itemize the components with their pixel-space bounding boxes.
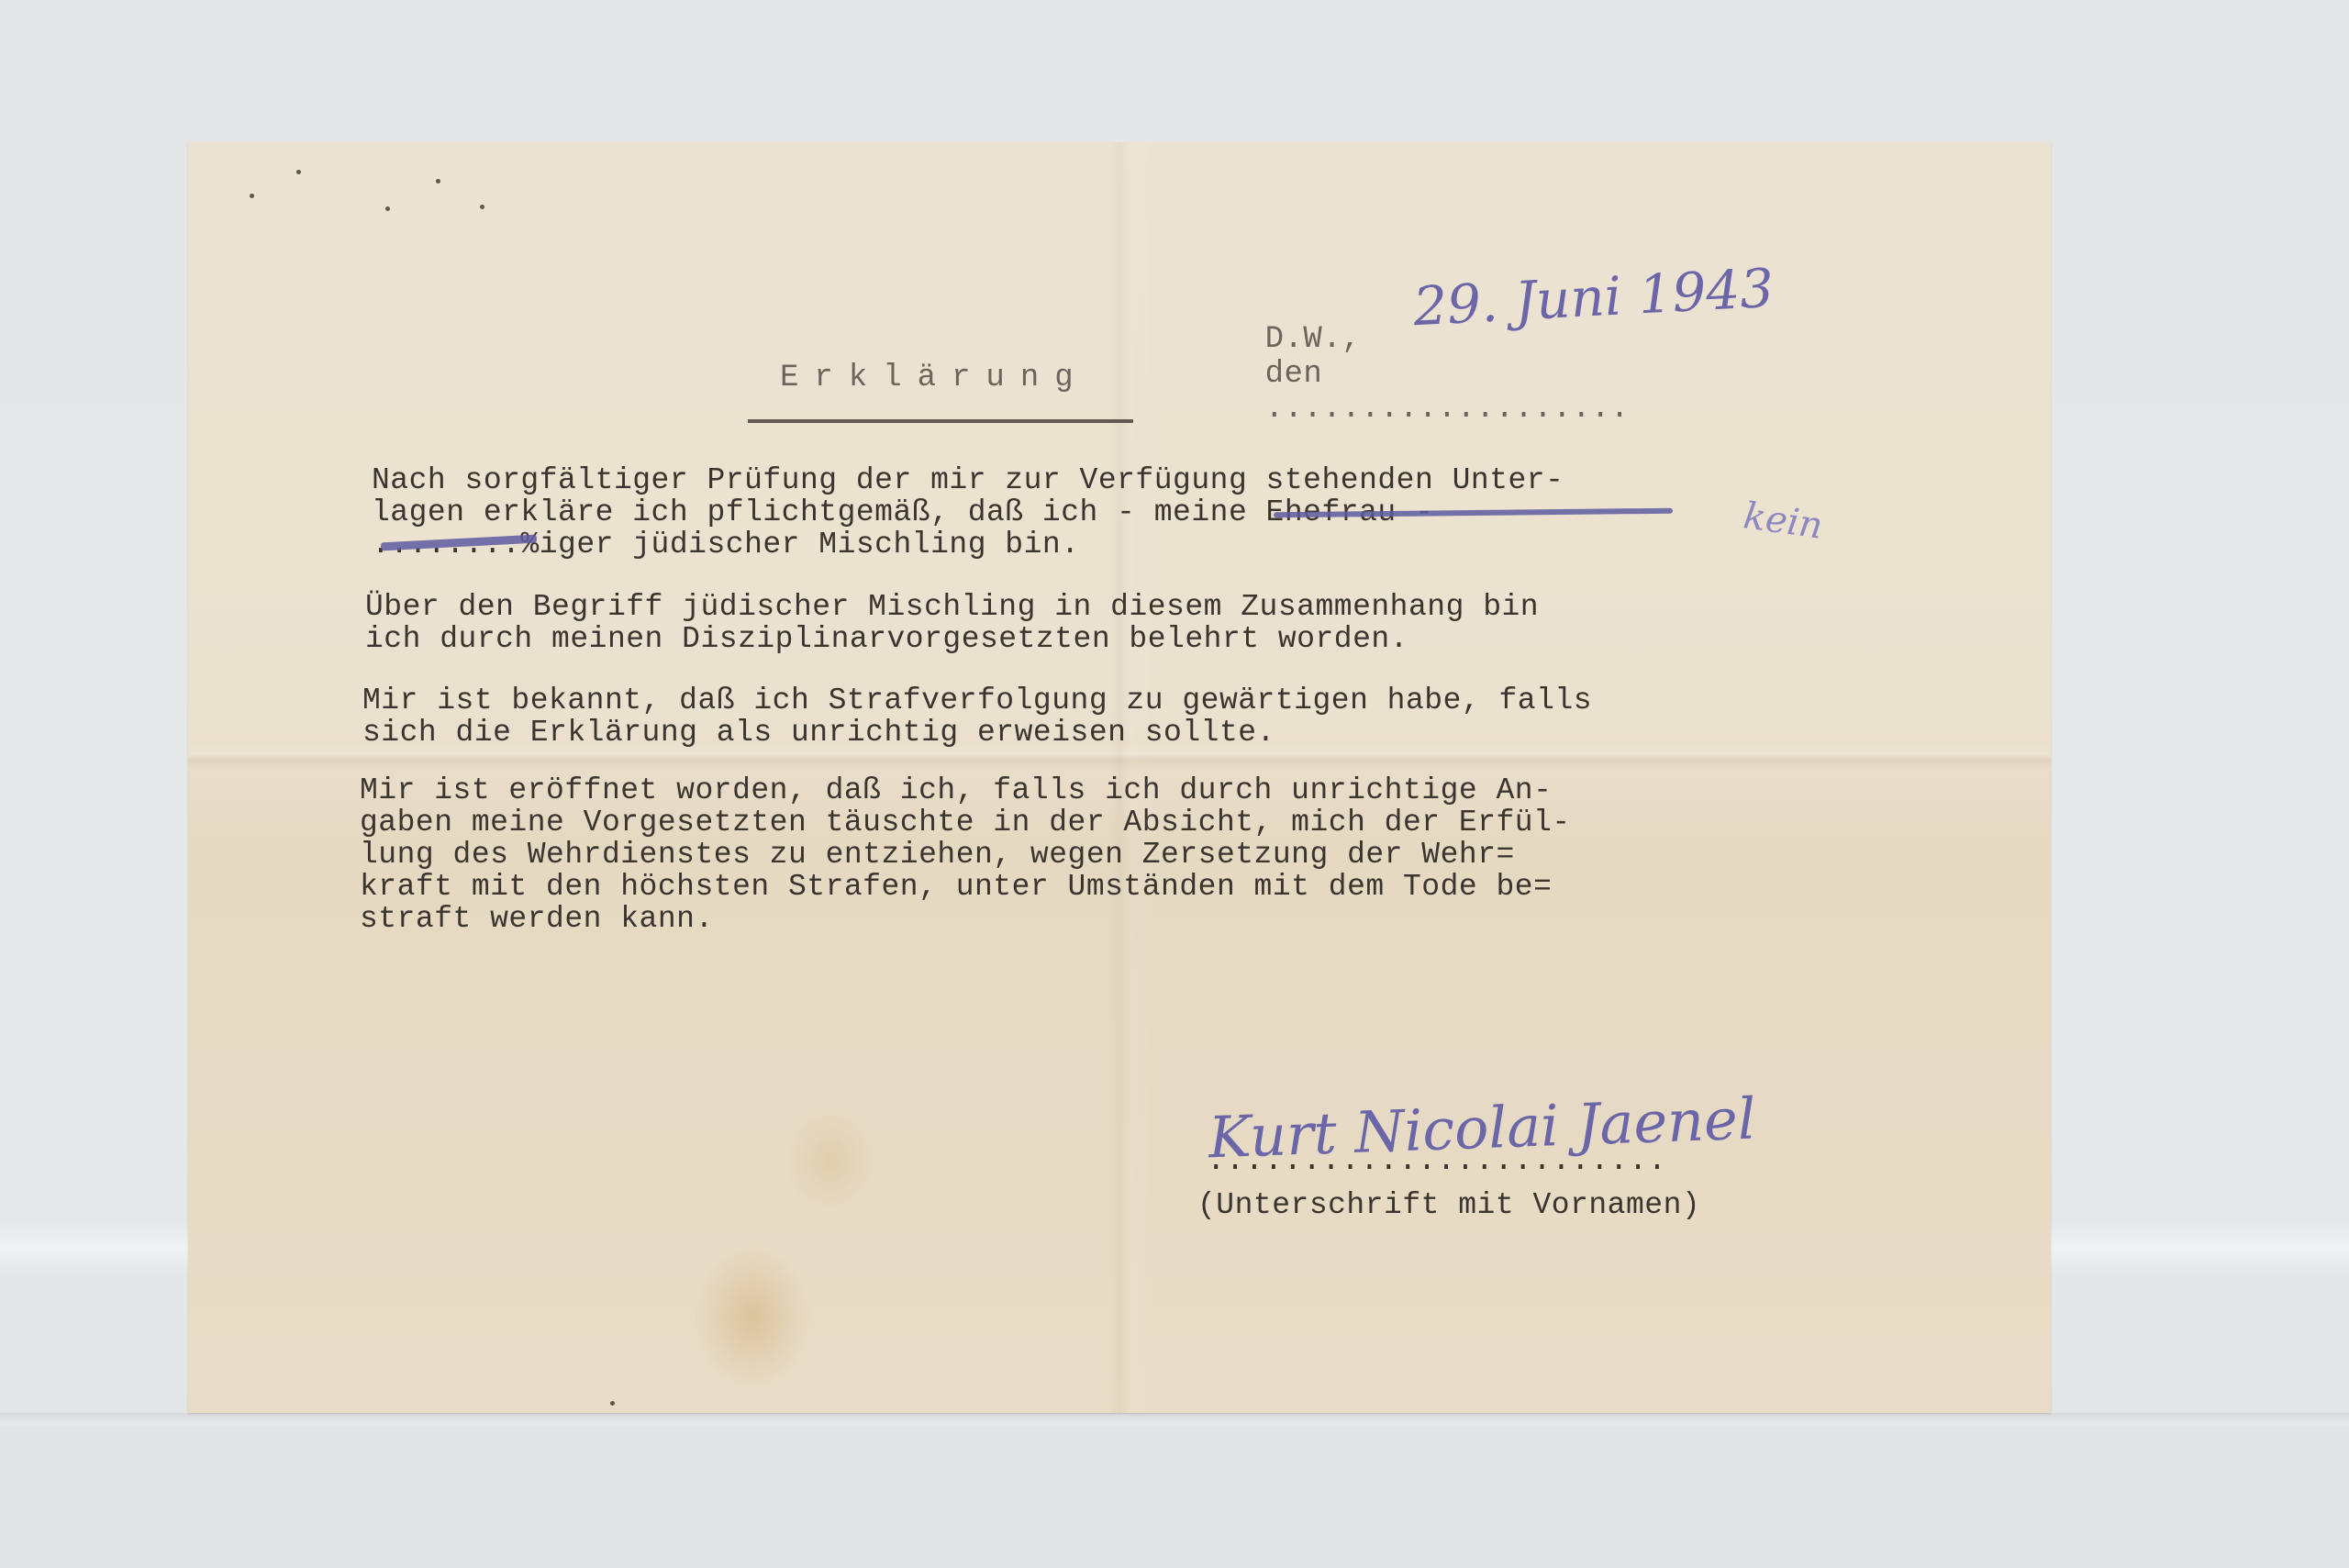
- handwritten-date: 29. Juni 1943: [1411, 257, 1775, 338]
- paper-speck: [296, 170, 301, 174]
- place-abbrev: D.W.,: [1265, 322, 1362, 357]
- paragraph-2-line-1: Über den Begriff jüdischer Mischling in …: [365, 590, 1539, 624]
- date-prefix: den: [1265, 357, 1323, 392]
- title-underline: [748, 419, 1133, 423]
- paragraph-3-line-2: sich die Erklärung als unrichtig erweise…: [362, 716, 1275, 750]
- table-edge: [0, 1413, 2349, 1426]
- paper-speck: [610, 1401, 615, 1406]
- margin-note-kein: kein: [1741, 495, 1825, 548]
- paper-speck: [385, 206, 390, 211]
- paragraph-3-line-1: Mir ist bekannt, daß ich Strafverfolgung…: [362, 684, 1592, 717]
- handwritten-signature: Kurt Nicolai Jaenel: [1208, 1085, 1757, 1172]
- paragraph-4-line-1: Mir ist eröffnet worden, daß ich, falls …: [360, 773, 1552, 807]
- paragraph-4-line-3: lung des Wehrdienstes zu entziehen, wege…: [360, 838, 1515, 872]
- paragraph-4-line-2: gaben meine Vorgesetzten täuschte in der…: [360, 806, 1571, 840]
- date-dots: ...................: [1265, 392, 1630, 427]
- paper-speck: [250, 194, 254, 198]
- paragraph-2-line-2: ich durch meinen Disziplinarvorgesetzten…: [365, 622, 1408, 656]
- paper-speck: [436, 179, 440, 183]
- paragraph-1-line-1: Nach sorgfältiger Prüfung der mir zur Ve…: [372, 463, 1564, 497]
- paper-speck: [480, 205, 484, 209]
- document-paper: D.W., den ................... 29. Juni 1…: [188, 142, 2051, 1413]
- paragraph-4-line-4: kraft mit den höchsten Strafen, unter Um…: [360, 870, 1552, 904]
- signature-caption: (Unterschrift mit Vornamen): [1197, 1188, 1700, 1222]
- paragraph-4-line-5: straft werden kann.: [360, 902, 714, 936]
- document-title: Erklärung: [780, 361, 1089, 395]
